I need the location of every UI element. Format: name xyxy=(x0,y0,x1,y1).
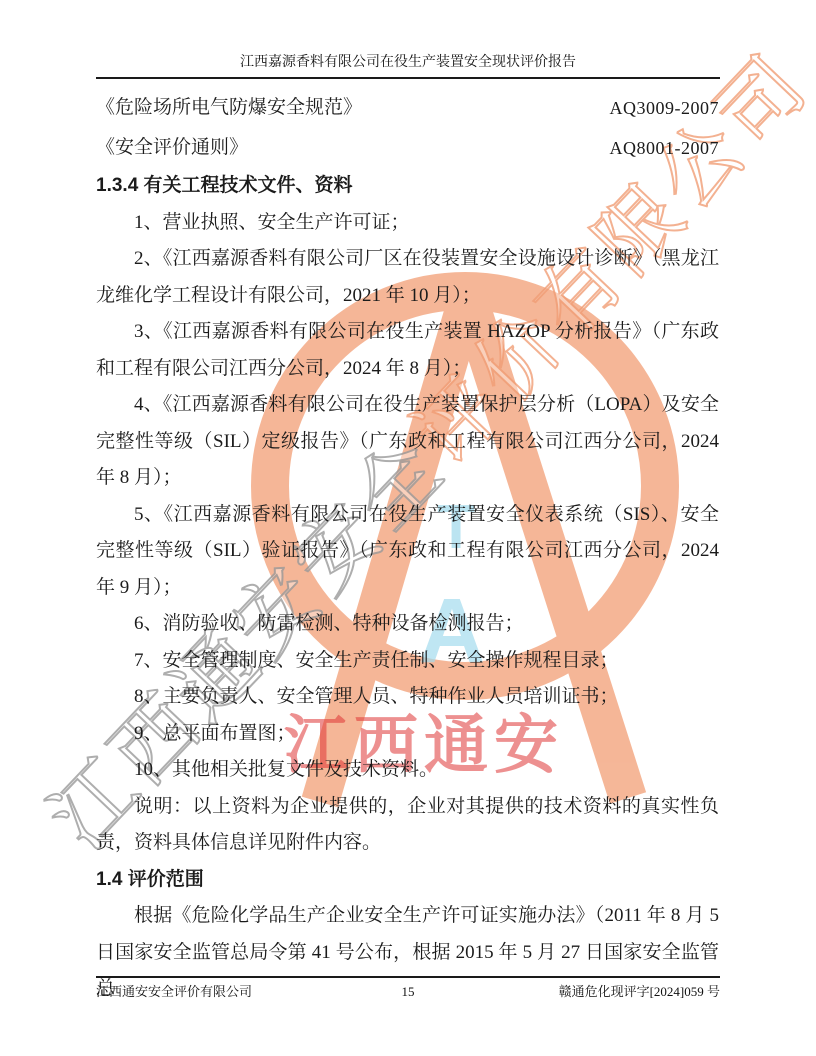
footer-doc-number: 赣通危化现评字[2024]059 号 xyxy=(559,982,720,1002)
standard-code: AQ8001-2007 xyxy=(610,130,720,167)
list-item: 9、总平面布置图； xyxy=(96,716,719,753)
footer-rule xyxy=(96,976,720,978)
standard-code: AQ3009-2007 xyxy=(610,90,720,127)
section-heading-1-3-4: 1.3.4 有关工程技术文件、资料 xyxy=(96,168,719,205)
standard-row: 《安全评价通则》 AQ8001-2007 xyxy=(96,128,719,168)
page-header-title: 江西嘉源香料有限公司在役生产装置安全现状评价报告 xyxy=(0,54,816,72)
page-content: 江西嘉源香料有限公司在役生产装置安全现状评价报告 《危险场所电气防爆安全规范》 … xyxy=(0,0,816,1056)
list-item: 3、《江西嘉源香料有限公司在役生产装置 HAZOP 分析报告》（广东政和工程有限… xyxy=(96,314,719,387)
list-item: 5、《江西嘉源香料有限公司在役生产装置安全仪表系统（SIS）、安全完整性等级（S… xyxy=(96,497,719,607)
standard-name: 《危险场所电气防爆安全规范》 xyxy=(96,90,362,127)
list-item: 8、主要负责人、安全管理人员、特种作业人员培训证书； xyxy=(96,679,719,716)
list-item: 2、《江西嘉源香料有限公司厂区在役装置安全设施设计诊断》（黑龙江龙维化学工程设计… xyxy=(96,241,719,314)
header-rule xyxy=(96,77,720,79)
section-heading-1-4: 1.4 评价范围 xyxy=(96,862,719,899)
list-item: 4、《江西嘉源香料有限公司在役生产装置保护层分析（LOPA）及安全完整性等级（S… xyxy=(96,387,719,497)
list-item: 1、营业执照、安全生产许可证； xyxy=(96,205,719,242)
list-item: 10、其他相关批复文件及技术资料。 xyxy=(96,752,719,789)
standard-name: 《安全评价通则》 xyxy=(96,130,248,167)
document-page: T A 江西通安安全评价有限公司 江西通安 江西嘉源香料有限公司在役生产装置安全… xyxy=(0,0,816,1056)
standard-row: 《危险场所电气防爆安全规范》 AQ3009-2007 xyxy=(96,88,719,128)
body-text-block: 《危险场所电气防爆安全规范》 AQ3009-2007 《安全评价通则》 AQ80… xyxy=(96,88,719,1008)
note-paragraph: 说明：以上资料为企业提供的，企业对其提供的技术资料的真实性负责，资料具体信息详见… xyxy=(96,789,719,862)
page-footer: 江西通安安全评价有限公司 15 赣通危化现评字[2024]059 号 xyxy=(96,982,720,1002)
list-item: 6、消防验收、防雷检测、特种设备检测报告； xyxy=(96,606,719,643)
list-item: 7、安全管理制度、安全生产责任制、安全操作规程目录； xyxy=(96,643,719,680)
